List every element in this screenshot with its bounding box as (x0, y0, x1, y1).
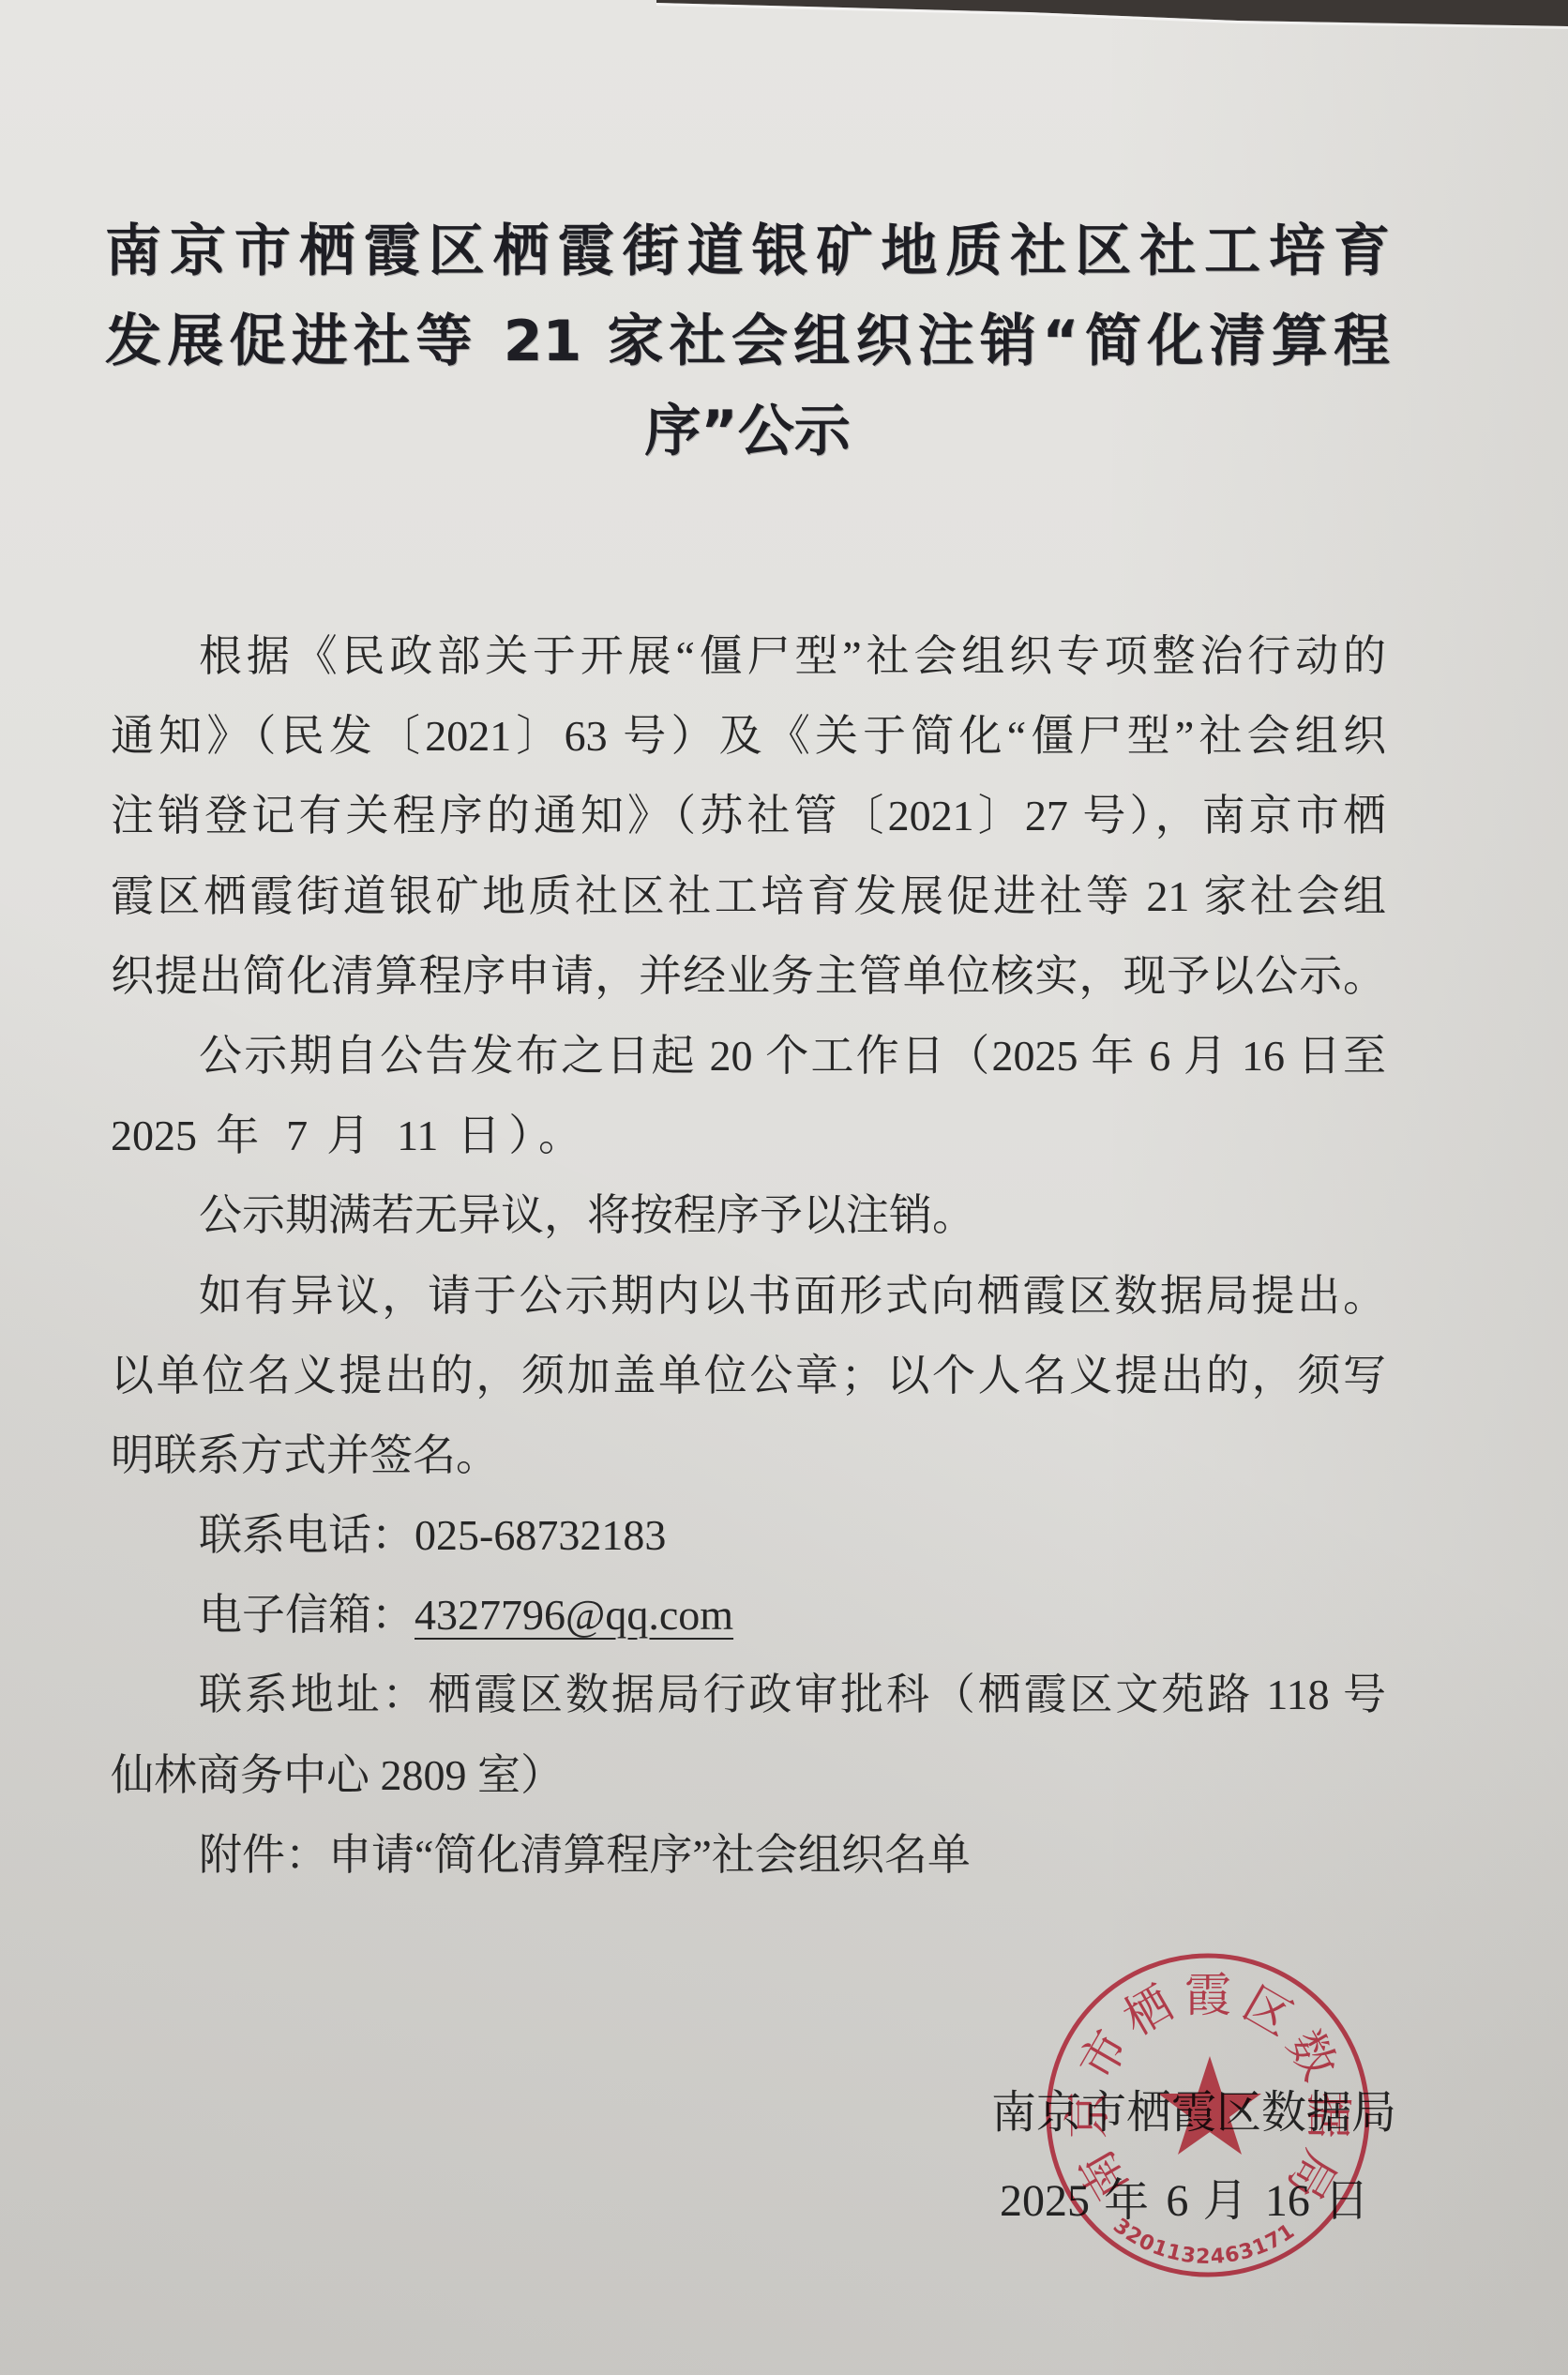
seal-char: 南 (1069, 2141, 1139, 2209)
body-line: 织提出简化清算程序申请，并经业务主管单位核实，现予以公示。 (111, 936, 1386, 1016)
notice-body: 根据《民政部关于开展“僵尸型”社会组织专项整治行动的 通知》（民发〔2021〕6… (111, 616, 1386, 1895)
notice-title: 南京市栖霞区栖霞街道银矿地质社区社工培育 发展促进社等 21 家社会组织注销“简… (105, 206, 1390, 477)
seal-char: 区 (1234, 1975, 1302, 2046)
title-line-3: 序”公示 (105, 386, 1390, 477)
email-label: 电子信箱： (199, 1591, 415, 1639)
body-line: 通知》（民发〔2021〕63 号）及《关于简化“僵尸型”社会组织 (111, 696, 1386, 776)
contact-address-line-2: 仙林商务中心 2809 室） (111, 1735, 1386, 1815)
attachment-text: 申请“简化清算程序”社会组织名单 (328, 1831, 971, 1879)
phone-number: 025-68732183 (415, 1511, 666, 1559)
title-line-1: 南京市栖霞区栖霞街道银矿地质社区社工培育 (105, 206, 1390, 296)
body-line: 根据《民政部关于开展“僵尸型”社会组织专项整治行动的 (111, 616, 1386, 696)
phone-label: 联系电话： (199, 1511, 415, 1559)
contact-phone-line: 联系电话：025-68732183 (111, 1495, 1386, 1575)
body-line: 霞区栖霞街道银矿地质社区社工培育发展促进社等 21 家社会组 (111, 856, 1386, 936)
body-line: 公示期自公告发布之日起 20 个工作日（2025 年 6 月 16 日至 (111, 1016, 1386, 1096)
publicity-end-date: 2025 年 7 月 11 日）。 (111, 1096, 581, 1175)
attachment-line: 附件：申请“简化清算程序”社会组织名单 (111, 1815, 1386, 1895)
body-line: 公示期满若无异议，将按程序予以注销。 (111, 1175, 1386, 1255)
seal-char: 霞 (1184, 1968, 1231, 2022)
body-line: 2025 年 7 月 11 日）。 (111, 1096, 1386, 1175)
official-seal: 南 京 市 栖 霞 区 数 据 局 3201132463171 (1030, 1937, 1386, 2293)
body-line: 注销登记有关程序的通知》（苏社管〔2021〕27 号），南京市栖 (111, 776, 1386, 855)
body-line: 明联系方式并签名。 (111, 1415, 1386, 1495)
seal-char: 数 (1276, 2021, 1347, 2089)
address-label: 联系地址： (199, 1671, 428, 1718)
body-line: 以单位名义提出的，须加盖单位公章；以个人名义提出的，须写 (111, 1336, 1386, 1415)
address-text: 栖霞区数据局行政审批科（栖霞区文苑路 118 号 (428, 1671, 1386, 1718)
seal-char: 市 (1069, 2021, 1139, 2089)
seal-char: 栖 (1114, 1975, 1182, 2046)
seal-char: 据 (1301, 2092, 1355, 2139)
seal-char: 京 (1061, 2092, 1115, 2139)
seal-char: 局 (1276, 2141, 1347, 2209)
star-icon (1158, 2056, 1261, 2155)
attachment-label: 附件： (199, 1831, 328, 1879)
title-line-2: 发展促进社等 21 家社会组织注销“简化清算程 (105, 296, 1390, 386)
contact-email-line: 电子信箱：4327796@qq.com (111, 1575, 1386, 1655)
contact-address-line: 联系地址：栖霞区数据局行政审批科（栖霞区文苑路 118 号 (111, 1655, 1386, 1734)
body-line: 如有异议，请于公示期内以书面形式向栖霞区数据局提出。 (111, 1256, 1386, 1336)
email-address: 4327796@qq.com (415, 1591, 733, 1639)
